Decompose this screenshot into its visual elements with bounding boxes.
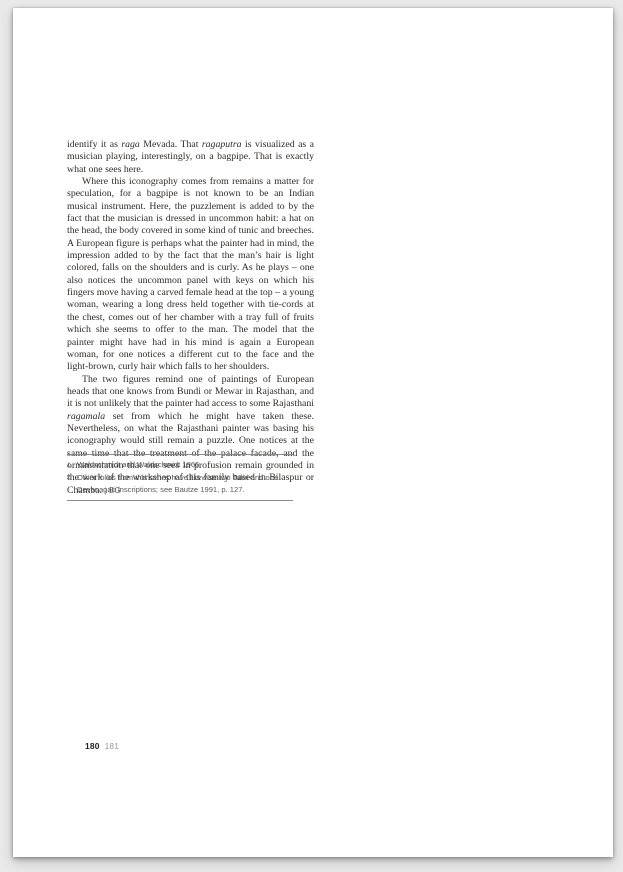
footnote-list: 1Waldschmidt and Waldschmidt 1966.2Other…	[67, 455, 293, 500]
italic-term: ragaputra	[202, 139, 242, 150]
footnote-number: 1	[67, 459, 77, 472]
footnote-text: Other folios from this series have likew…	[77, 472, 293, 497]
text-run: The two figures remind one of paintings …	[67, 374, 314, 410]
text-run: identify it as	[67, 139, 121, 150]
page-numbers: 180181	[85, 741, 119, 751]
book-page: identify it as raga Mevada. That ragaput…	[13, 8, 613, 857]
footnote-number: 2	[67, 472, 77, 485]
footnote-item: 2Other folios from this series have like…	[67, 472, 293, 497]
page-number-facing: 181	[105, 741, 120, 751]
footnote-text: Waldschmidt and Waldschmidt 1966.	[77, 459, 293, 471]
page-background: identify it as raga Mevada. That ragaput…	[0, 0, 623, 872]
footnote-rule-bottom	[67, 500, 293, 501]
footnote-item: 1Waldschmidt and Waldschmidt 1966.	[67, 459, 293, 472]
italic-term: ragamala	[67, 411, 105, 422]
italic-term: raga	[121, 139, 140, 150]
footnote-block: 1Waldschmidt and Waldschmidt 1966.2Other…	[67, 454, 293, 501]
article-text: identify it as raga Mevada. That ragaput…	[67, 139, 314, 497]
text-run: Mevada. That	[140, 139, 202, 150]
paragraph: Where this iconography comes from remain…	[67, 176, 314, 374]
page-number-current: 180	[85, 741, 100, 751]
text-run: Where this iconography comes from remain…	[67, 176, 314, 372]
paragraph: identify it as raga Mevada. That ragaput…	[67, 139, 314, 176]
